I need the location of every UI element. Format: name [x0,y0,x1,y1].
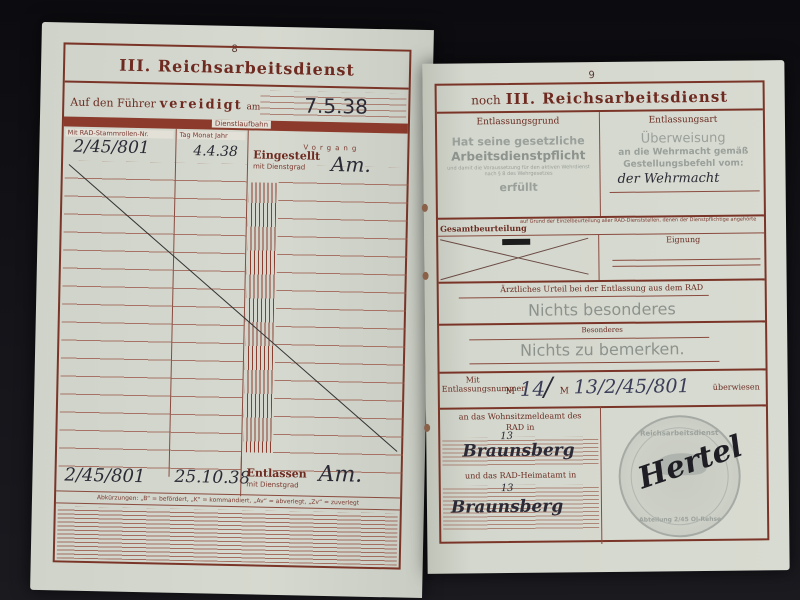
discharge-reason-line1: Hat seine gesetzliche [437,134,599,149]
discharge-type-line3: Gestellungsbefehl vom: [599,158,767,170]
oath-prefix: Auf den Führer [70,96,156,111]
page-title: III. Reichsarbeitsdienst [506,88,729,108]
cancel-cross [438,234,598,282]
discharge-number-label: Mit Entlassungsnummer [442,375,504,394]
oath-row: Auf den Führer vereidigt am [70,95,260,114]
col-date: Tag Monat Jahr [178,131,246,140]
discharge-type-line1: Überweisung [599,130,767,147]
col-divider [600,406,602,544]
home-office-number: 13 [501,483,514,494]
medical-label: Ärztliches Urteil bei der Entlassung aus… [439,282,765,294]
residence-office-value: Braunsberg [462,440,574,461]
discharge-number-part2: 13/2/45/801 [574,375,690,398]
underline [459,295,709,299]
service-header: Dienstlaufbahn [212,120,271,129]
assessment-note: auf Grund der Einzelbeurteilung aller RA… [520,216,764,226]
page-title: III. Reichsarbeitsdienst [65,54,409,80]
staple-hole [423,272,429,280]
signature-line [610,190,760,193]
entry-event-sub: mit Dienstgrad [246,480,298,489]
title-prefix: noch [471,93,501,107]
discharge-number-part1: 14 [520,377,546,401]
staple-hole [422,204,428,212]
discharge-number-prefix2: M [560,386,569,396]
special-value: Nichts zu bemerken. [439,338,765,360]
assessment-label: Gesamtbeurteilung [440,223,527,234]
entry-event-label: Entlassen [246,466,306,480]
special-label: Besonderes [439,324,765,335]
oath-bold: vereidigt [160,96,243,113]
discharge-reason-line2: Arbeitsdienstpflicht [437,148,599,164]
discharge-reason-label: Entlassungsgrund [437,116,599,128]
medical-value: Nichts besonderes [439,298,765,320]
oath-suffix: am [246,102,260,112]
entry-event-label: Eingestellt [253,148,320,162]
right-page: 9 noch III. Reichsarbeitsdienst Entlassu… [422,60,789,574]
entry-event-sub: mit Dienstgrad [253,162,305,171]
discharge-number-prefix1: M [506,387,515,397]
entry-roll-number: 2/45/801 [73,137,150,159]
seal-text-bottom: Abteilung 2/45 Ol-Rehse [621,516,739,524]
underline [469,361,719,365]
home-office-value: Braunsberg [451,496,563,517]
entry-roll-number: 2/45/801 [64,465,145,488]
discharge-reason-line3: und damit die Voraussetzung für den akti… [445,164,591,178]
discharge-type-label: Entlassungsart [599,114,767,126]
left-page: 8 III. Reichsarbeitsdienst Auf den Führe… [30,22,434,598]
discharge-type-line2: an die Wehrmacht gemäß [599,146,767,158]
oath-date: 7.5.38 [304,93,368,118]
ruled-footer [57,506,398,565]
entry-date: 25.10.38 [174,467,250,489]
home-office-label: und das RAD-Heimatamt in [445,470,597,481]
left-page-frame: III. Reichsarbeitsdienst Auf den Führer … [53,42,412,569]
right-page-frame: noch III. Reichsarbeitsdienst Entlassung… [435,80,770,543]
suitability-line [612,264,760,267]
divider [65,80,409,89]
divider [440,404,766,409]
discharge-reason-line4: erfüllt [438,180,600,195]
discharge-type-handwritten: der Wehrmacht [617,171,719,187]
suitability-label: Eignung [598,234,768,245]
slash: / [544,373,553,403]
suitability-line [612,258,760,261]
page-title-row: noch III. Reichsarbeitsdienst [437,86,763,108]
discharge-number-suffix: überwiesen [713,382,760,391]
page-number: 9 [588,70,594,81]
entry-date: 4.4.38 [193,143,238,160]
staple-hole [424,424,430,432]
entry-rank: Am. [318,462,362,488]
residence-office-label: an das Wohnsitzmeldeamt des RAD in [456,410,584,433]
cancel-diagonal [57,154,412,481]
divider [440,368,766,373]
entry-rank: Am. [331,152,371,177]
